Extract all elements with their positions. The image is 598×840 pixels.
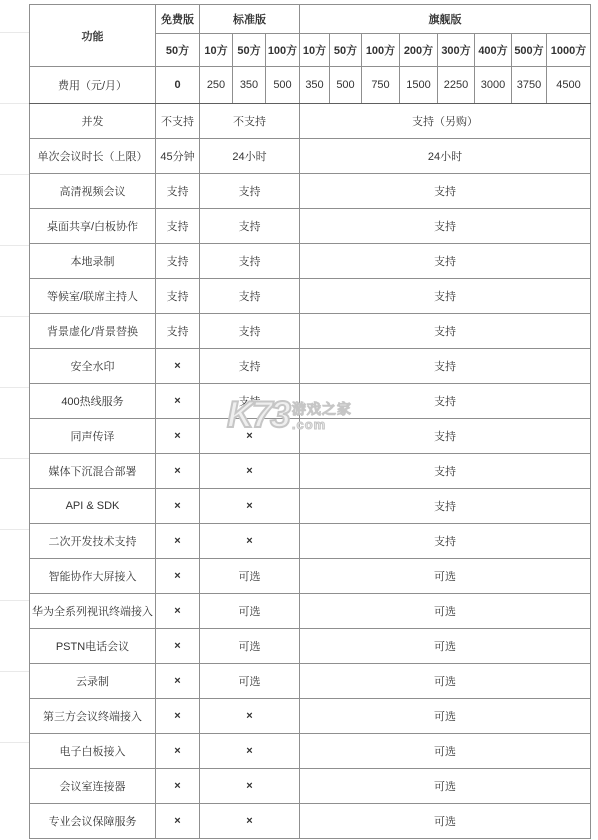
price-cell: 3750 <box>512 67 547 104</box>
standard-tier-value: 可选 <box>200 559 300 594</box>
free-tier-value: 不支持 <box>156 104 200 139</box>
free-tier-value: 支持 <box>156 244 200 279</box>
table-row: 并发不支持不支持支持（另购） <box>30 104 591 139</box>
feature-label: 媒体下沉混合部署 <box>30 454 156 489</box>
standard-tier-value: × <box>200 419 300 454</box>
capacity-header: 10方 <box>300 34 330 67</box>
standard-tier-value: × <box>200 769 300 804</box>
feature-label: 背景虚化/背景替换 <box>30 314 156 349</box>
flagship-tier-value: 支持 <box>300 209 591 244</box>
feature-label: 第三方会议终端接入 <box>30 699 156 734</box>
capacity-header: 400方 <box>475 34 512 67</box>
table-row: 智能协作大屏接入×可选可选 <box>30 559 591 594</box>
feature-label: 二次开发技术支持 <box>30 524 156 559</box>
feature-label: 云录制 <box>30 664 156 699</box>
price-cell: 500 <box>330 67 362 104</box>
table-row: 同声传译××支持 <box>30 419 591 454</box>
table-row: 功能免费版标准版旗舰版 <box>30 5 591 34</box>
flagship-tier-value: 支持 <box>300 279 591 314</box>
capacity-header: 1000方 <box>547 34 591 67</box>
table-row: 二次开发技术支持××支持 <box>30 524 591 559</box>
feature-label: 桌面共享/白板协作 <box>30 209 156 244</box>
free-tier-value: × <box>156 489 200 524</box>
flagship-tier-value: 24小时 <box>300 139 591 174</box>
table-row: 媒体下沉混合部署××支持 <box>30 454 591 489</box>
standard-tier-value: 支持 <box>200 384 300 419</box>
table-row: 云录制×可选可选 <box>30 664 591 699</box>
standard-tier-value: × <box>200 699 300 734</box>
free-tier-value: 支持 <box>156 279 200 314</box>
standard-tier-value: 可选 <box>200 594 300 629</box>
flagship-tier-value: 支持 <box>300 384 591 419</box>
price-cell: 1500 <box>400 67 438 104</box>
price-cell: 0 <box>156 67 200 104</box>
flagship-tier-value: 可选 <box>300 699 591 734</box>
standard-tier-value: 支持 <box>200 244 300 279</box>
standard-tier-value: 支持 <box>200 209 300 244</box>
standard-tier-value: 支持 <box>200 314 300 349</box>
tier-group-header: 免费版 <box>156 5 200 34</box>
table-row: 费用（元/月）025035050035050075015002250300037… <box>30 67 591 104</box>
flagship-tier-value: 可选 <box>300 594 591 629</box>
feature-label: 本地录制 <box>30 244 156 279</box>
capacity-header: 100方 <box>266 34 300 67</box>
free-tier-value: × <box>156 454 200 489</box>
flagship-tier-value: 可选 <box>300 664 591 699</box>
table-row: 电子白板接入××可选 <box>30 734 591 769</box>
table-row: 第三方会议终端接入××可选 <box>30 699 591 734</box>
flagship-tier-value: 可选 <box>300 559 591 594</box>
feature-label: 华为全系列视讯终端接入 <box>30 594 156 629</box>
table-row: 本地录制支持支持支持 <box>30 244 591 279</box>
free-tier-value: × <box>156 629 200 664</box>
free-tier-value: × <box>156 524 200 559</box>
capacity-header: 300方 <box>438 34 475 67</box>
table-row: 会议室连接器××可选 <box>30 769 591 804</box>
page: 功能免费版标准版旗舰版50方10方50方100方10方50方100方200方30… <box>0 0 598 840</box>
free-tier-value: × <box>156 769 200 804</box>
table-row: 桌面共享/白板协作支持支持支持 <box>30 209 591 244</box>
flagship-tier-value: 支持 <box>300 489 591 524</box>
tier-group-header: 旗舰版 <box>300 5 591 34</box>
standard-tier-value: 支持 <box>200 174 300 209</box>
feature-label: 电子白板接入 <box>30 734 156 769</box>
standard-tier-value: 可选 <box>200 664 300 699</box>
standard-tier-value: × <box>200 524 300 559</box>
table-row: 单次会议时长（上限）45分钟24小时24小时 <box>30 139 591 174</box>
flagship-tier-value: 可选 <box>300 629 591 664</box>
price-row-label: 费用（元/月） <box>30 67 156 104</box>
standard-tier-value: × <box>200 804 300 839</box>
flagship-tier-value: 可选 <box>300 769 591 804</box>
flagship-tier-value: 可选 <box>300 804 591 839</box>
standard-tier-value: 支持 <box>200 349 300 384</box>
price-cell: 500 <box>266 67 300 104</box>
pricing-table: 功能免费版标准版旗舰版50方10方50方100方10方50方100方200方30… <box>29 4 591 839</box>
standard-tier-value: 不支持 <box>200 104 300 139</box>
feature-label: PSTN电话会议 <box>30 629 156 664</box>
capacity-header: 50方 <box>330 34 362 67</box>
table-row: 背景虚化/背景替换支持支持支持 <box>30 314 591 349</box>
flagship-tier-value: 支持 <box>300 419 591 454</box>
tier-group-header: 标准版 <box>200 5 300 34</box>
feature-label: 安全水印 <box>30 349 156 384</box>
table-row: 安全水印×支持支持 <box>30 349 591 384</box>
feature-label: API & SDK <box>30 489 156 524</box>
free-tier-value: × <box>156 664 200 699</box>
standard-tier-value: × <box>200 489 300 524</box>
feature-label: 高清视频会议 <box>30 174 156 209</box>
free-tier-value: 支持 <box>156 209 200 244</box>
free-tier-value: × <box>156 349 200 384</box>
feature-label: 等候室/联席主持人 <box>30 279 156 314</box>
capacity-header: 50方 <box>156 34 200 67</box>
table-row: 400热线服务×支持支持 <box>30 384 591 419</box>
price-cell: 350 <box>233 67 266 104</box>
feature-column-header: 功能 <box>30 5 156 67</box>
capacity-header: 200方 <box>400 34 438 67</box>
free-tier-value: 支持 <box>156 174 200 209</box>
free-tier-value: × <box>156 804 200 839</box>
free-tier-value: × <box>156 594 200 629</box>
table-row: API & SDK××支持 <box>30 489 591 524</box>
standard-tier-value: × <box>200 734 300 769</box>
capacity-header: 500方 <box>512 34 547 67</box>
free-tier-value: × <box>156 699 200 734</box>
price-cell: 2250 <box>438 67 475 104</box>
free-tier-value: × <box>156 734 200 769</box>
spreadsheet-left-gutter <box>0 0 29 840</box>
free-tier-value: × <box>156 559 200 594</box>
capacity-header: 10方 <box>200 34 233 67</box>
flagship-tier-value: 支持 <box>300 244 591 279</box>
price-cell: 4500 <box>547 67 591 104</box>
flagship-tier-value: 支持 <box>300 174 591 209</box>
flagship-tier-value: 支持 <box>300 349 591 384</box>
table-row: 等候室/联席主持人支持支持支持 <box>30 279 591 314</box>
flagship-tier-value: 支持 <box>300 314 591 349</box>
feature-label: 专业会议保障服务 <box>30 804 156 839</box>
feature-label: 智能协作大屏接入 <box>30 559 156 594</box>
table-row: 华为全系列视讯终端接入×可选可选 <box>30 594 591 629</box>
standard-tier-value: 24小时 <box>200 139 300 174</box>
table-row: 专业会议保障服务××可选 <box>30 804 591 839</box>
free-tier-value: × <box>156 384 200 419</box>
table-row: 高清视频会议支持支持支持 <box>30 174 591 209</box>
flagship-tier-value: 可选 <box>300 734 591 769</box>
feature-label: 400热线服务 <box>30 384 156 419</box>
free-tier-value: × <box>156 419 200 454</box>
standard-tier-value: 支持 <box>200 279 300 314</box>
standard-tier-value: × <box>200 454 300 489</box>
feature-label: 会议室连接器 <box>30 769 156 804</box>
free-tier-value: 支持 <box>156 314 200 349</box>
price-cell: 250 <box>200 67 233 104</box>
price-cell: 750 <box>362 67 400 104</box>
feature-label: 单次会议时长（上限） <box>30 139 156 174</box>
feature-label: 并发 <box>30 104 156 139</box>
price-cell: 3000 <box>475 67 512 104</box>
feature-label: 同声传译 <box>30 419 156 454</box>
price-cell: 350 <box>300 67 330 104</box>
flagship-tier-value: 支持（另购） <box>300 104 591 139</box>
standard-tier-value: 可选 <box>200 629 300 664</box>
capacity-header: 50方 <box>233 34 266 67</box>
flagship-tier-value: 支持 <box>300 524 591 559</box>
capacity-header: 100方 <box>362 34 400 67</box>
table-row: PSTN电话会议×可选可选 <box>30 629 591 664</box>
free-tier-value: 45分钟 <box>156 139 200 174</box>
flagship-tier-value: 支持 <box>300 454 591 489</box>
